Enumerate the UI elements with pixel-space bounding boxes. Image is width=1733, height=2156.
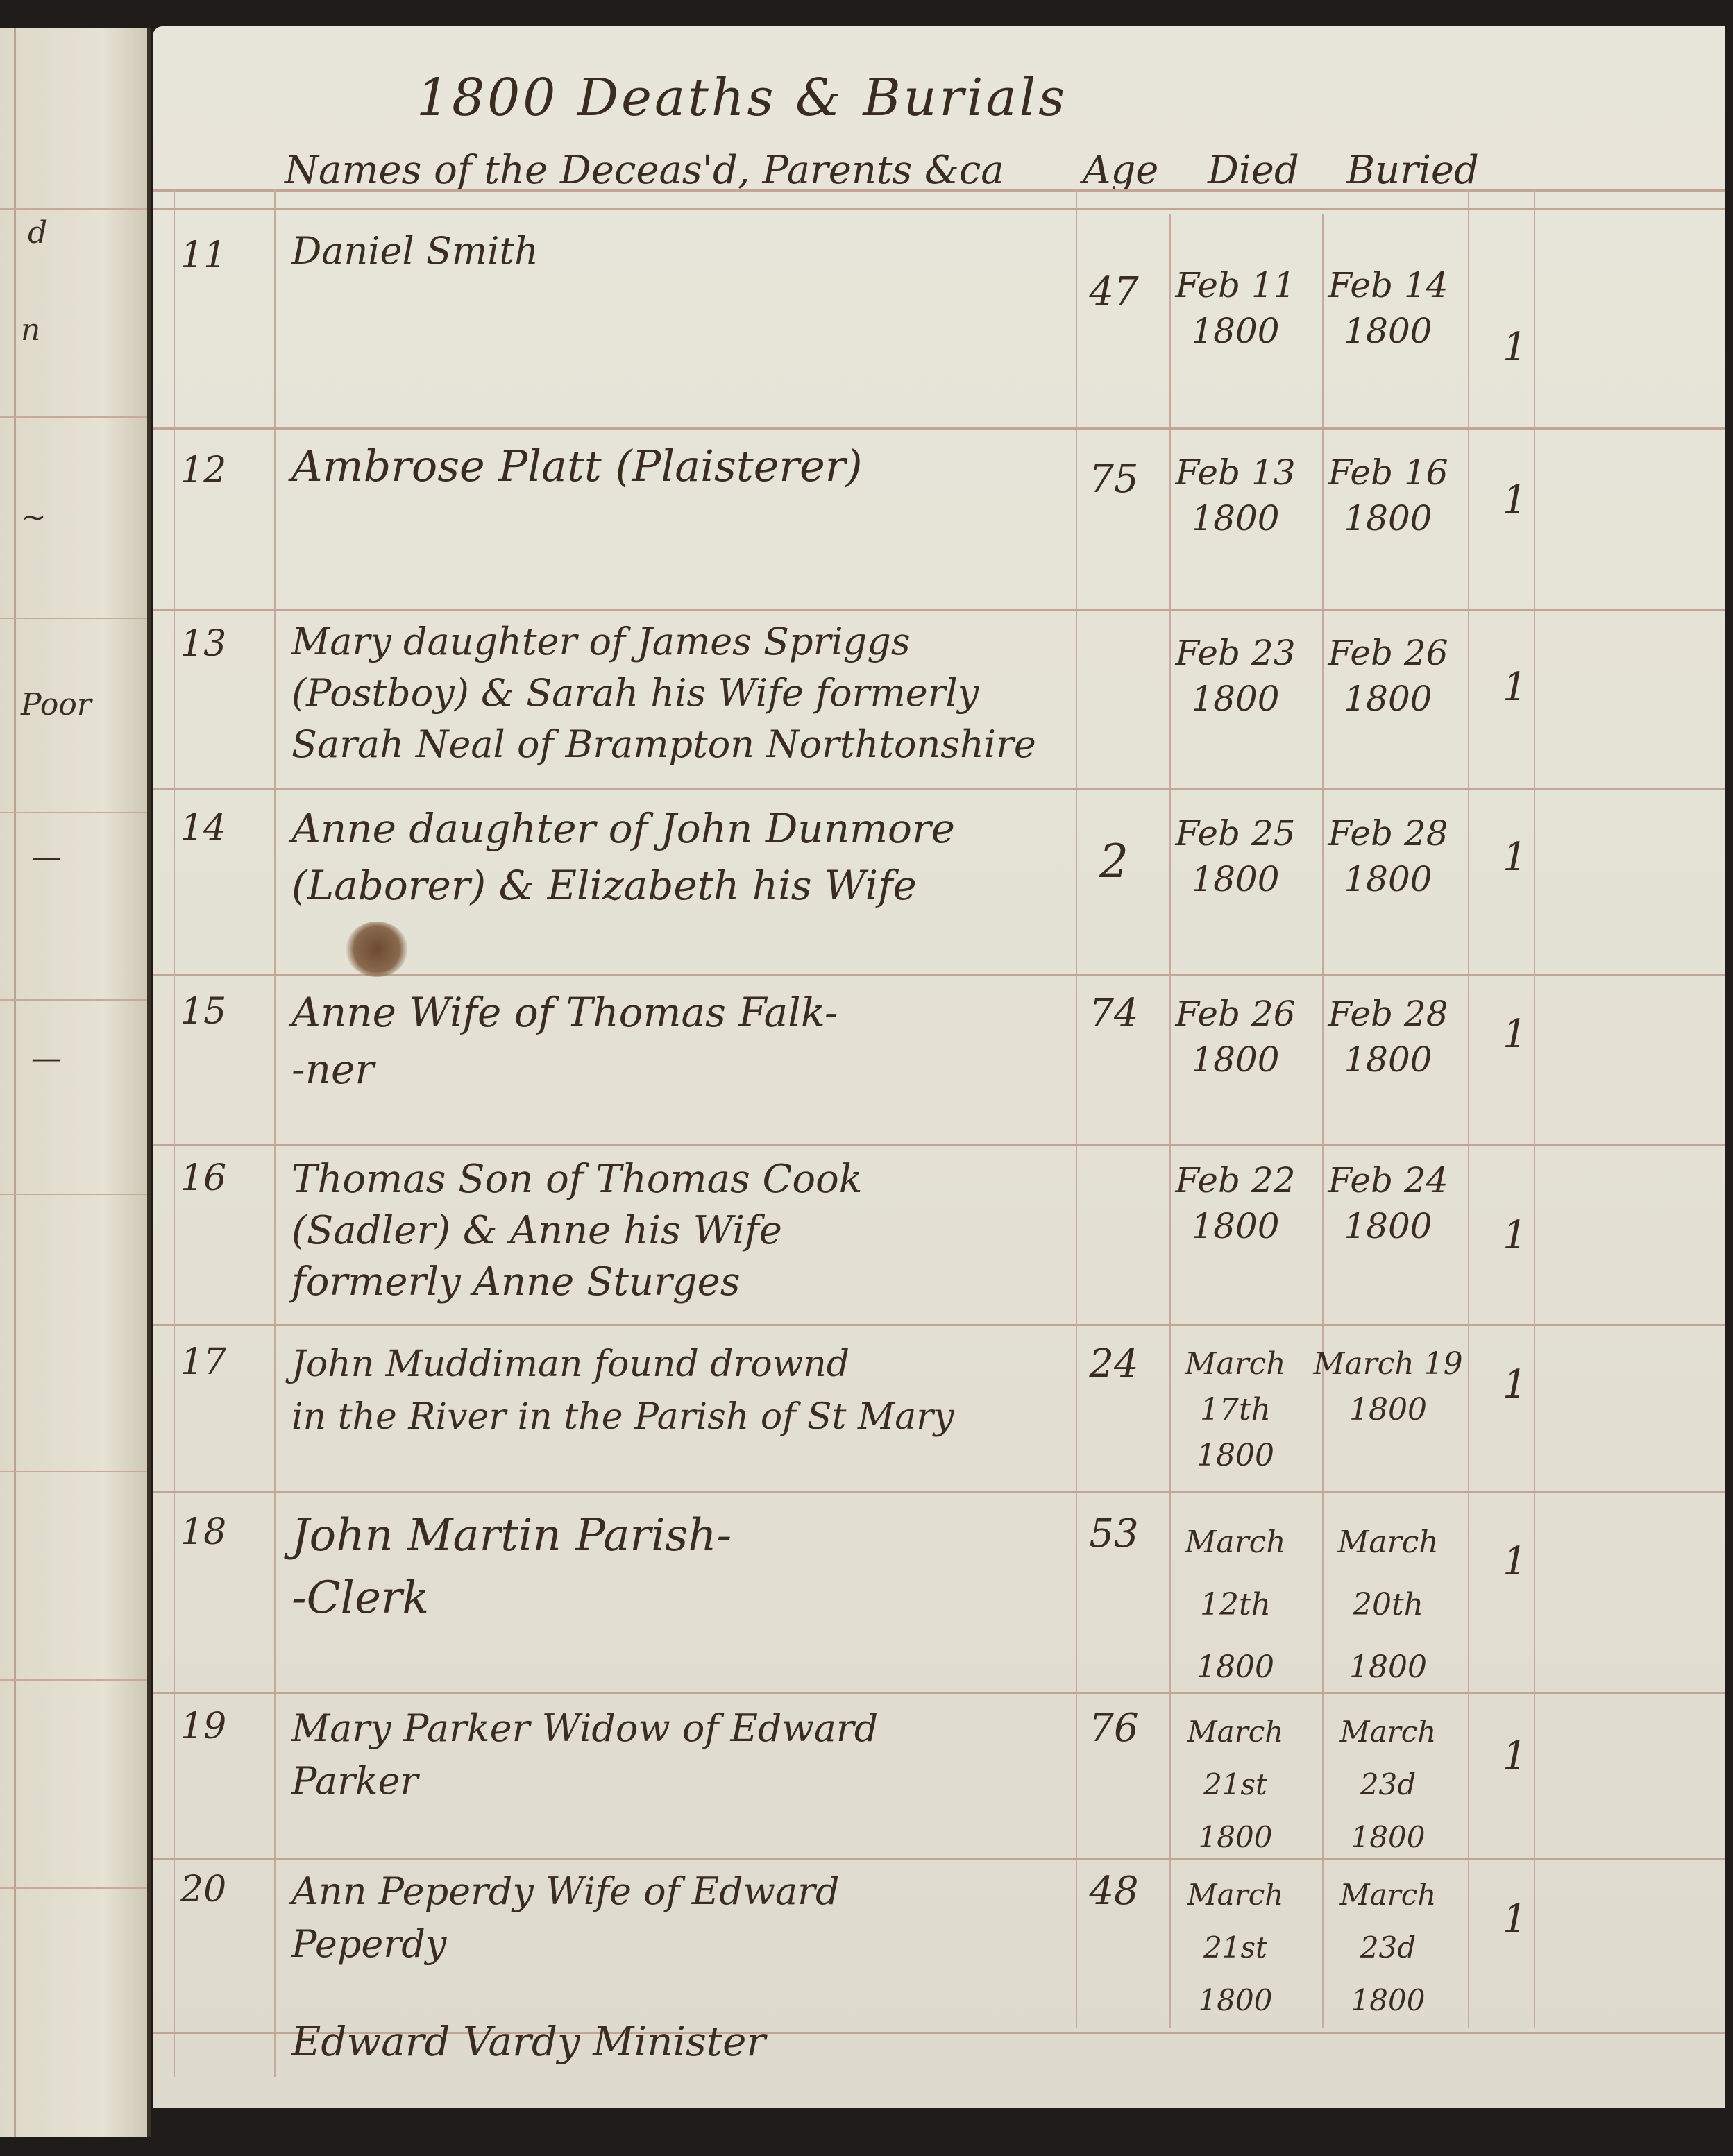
column-header-age: Age bbox=[1083, 148, 1158, 193]
entry-tally: 1 bbox=[1503, 835, 1528, 880]
entry-age: 24 bbox=[1076, 1341, 1152, 1386]
left-page-rule bbox=[0, 1679, 147, 1681]
register-page: 1800 Deaths & Burials Names of the Decea… bbox=[153, 26, 1725, 2108]
entry-buried: Feb 261800 bbox=[1312, 630, 1464, 722]
entry-tally: 1 bbox=[1503, 477, 1528, 523]
left-page-rule bbox=[0, 1194, 147, 1195]
left-page-rule bbox=[0, 618, 147, 619]
entry-age: 48 bbox=[1076, 1869, 1152, 1914]
left-page-margin-rule bbox=[14, 28, 16, 2137]
column-header-buried: Buried bbox=[1346, 148, 1479, 193]
entry-tally: 1 bbox=[1503, 1362, 1528, 1407]
entry-died: Feb 251800 bbox=[1159, 810, 1312, 902]
left-page-mark: d bbox=[28, 215, 47, 251]
entry-died: Feb 221800 bbox=[1159, 1157, 1312, 1249]
entry-tally: 1 bbox=[1503, 1539, 1528, 1584]
left-page-mark: Poor bbox=[21, 687, 92, 722]
entry-number: 13 bbox=[180, 623, 226, 665]
left-page-mark: — bbox=[31, 1041, 62, 1076]
entry-age: 74 bbox=[1076, 991, 1152, 1036]
entry-number: 11 bbox=[180, 235, 226, 276]
entry-number: 17 bbox=[180, 1341, 226, 1383]
column-rule bbox=[174, 189, 175, 2077]
entry-buried: Feb 161800 bbox=[1312, 450, 1464, 541]
left-page-rule bbox=[0, 1887, 147, 1889]
column-rule bbox=[274, 189, 276, 2077]
entry-died: March 21st1800 bbox=[1159, 1869, 1312, 2027]
left-page-rule bbox=[0, 812, 147, 813]
entry-name: Thomas Son of Thomas Cook (Sadler) & Ann… bbox=[291, 1154, 1221, 1308]
entry-tally: 1 bbox=[1503, 1012, 1528, 1057]
entry-died: Feb 261800 bbox=[1159, 991, 1312, 1083]
row-rule bbox=[153, 609, 1725, 611]
entry-buried: March 20th1800 bbox=[1312, 1511, 1464, 1699]
row-rule bbox=[153, 788, 1725, 790]
entry-died: March 12th1800 bbox=[1159, 1511, 1312, 1699]
entry-died: Feb 111800 bbox=[1159, 262, 1312, 354]
entry-age: 2 bbox=[1076, 835, 1152, 888]
row-rule bbox=[153, 1324, 1725, 1326]
minister-signature: Edward Vardy Minister bbox=[291, 2018, 766, 2065]
entry-age: 75 bbox=[1076, 457, 1152, 502]
row-rule bbox=[153, 1491, 1725, 1493]
entry-tally: 1 bbox=[1503, 325, 1528, 370]
entry-number: 19 bbox=[180, 1706, 226, 1747]
left-page-rule bbox=[0, 416, 147, 418]
left-page-rule bbox=[0, 1471, 147, 1472]
row-rule bbox=[153, 1144, 1725, 1146]
entry-died: Feb 131800 bbox=[1159, 450, 1312, 541]
left-page-mark: — bbox=[31, 840, 62, 875]
column-rule bbox=[1468, 189, 1469, 2028]
left-page-mark: n bbox=[21, 312, 40, 348]
entry-age: 53 bbox=[1076, 1511, 1152, 1556]
left-page-mark: ~ bbox=[21, 500, 47, 535]
entry-buried: March 23d1800 bbox=[1312, 1706, 1464, 1864]
entry-age: 47 bbox=[1076, 269, 1152, 314]
entry-number: 15 bbox=[180, 991, 226, 1033]
entry-tally: 1 bbox=[1503, 1213, 1528, 1258]
entry-died: Feb 231800 bbox=[1159, 630, 1312, 722]
entry-buried: March 191800 bbox=[1312, 1341, 1464, 1433]
entry-tally: 1 bbox=[1503, 665, 1528, 710]
entry-age: 76 bbox=[1076, 1706, 1152, 1751]
entry-buried: Feb 241800 bbox=[1312, 1157, 1464, 1249]
entry-number: 18 bbox=[180, 1511, 226, 1553]
entry-number: 14 bbox=[180, 807, 226, 849]
row-rule bbox=[153, 1692, 1725, 1694]
left-page-rule bbox=[0, 208, 147, 210]
entry-buried: Feb 281800 bbox=[1312, 991, 1464, 1083]
entry-buried: Feb 141800 bbox=[1312, 262, 1464, 354]
entry-buried: Feb 281800 bbox=[1312, 810, 1464, 902]
entry-number: 20 bbox=[180, 1869, 226, 1910]
entry-name: Mary daughter of James Spriggs (Postboy)… bbox=[291, 616, 1221, 770]
entry-died: March 17th1800 bbox=[1159, 1341, 1312, 1479]
left-facing-page: d n ~ Poor — — bbox=[0, 28, 151, 2137]
column-header-names: Names of the Deceas'd, Parents &ca bbox=[285, 148, 1004, 193]
page-title: 1800 Deaths & Burials bbox=[416, 68, 1067, 128]
entry-number: 12 bbox=[180, 450, 226, 491]
row-rule bbox=[153, 1858, 1725, 1860]
entry-tally: 1 bbox=[1503, 1733, 1528, 1779]
column-rule bbox=[1534, 189, 1535, 2028]
header-rule bbox=[153, 189, 1725, 192]
entry-died: March 21st1800 bbox=[1159, 1706, 1312, 1864]
left-page-rule bbox=[0, 999, 147, 1001]
entry-tally: 1 bbox=[1503, 1896, 1528, 1942]
entry-number: 16 bbox=[180, 1157, 226, 1199]
entry-buried: March 23d1800 bbox=[1312, 1869, 1464, 2027]
ink-stain bbox=[346, 922, 408, 977]
column-header-died: Died bbox=[1208, 148, 1299, 193]
